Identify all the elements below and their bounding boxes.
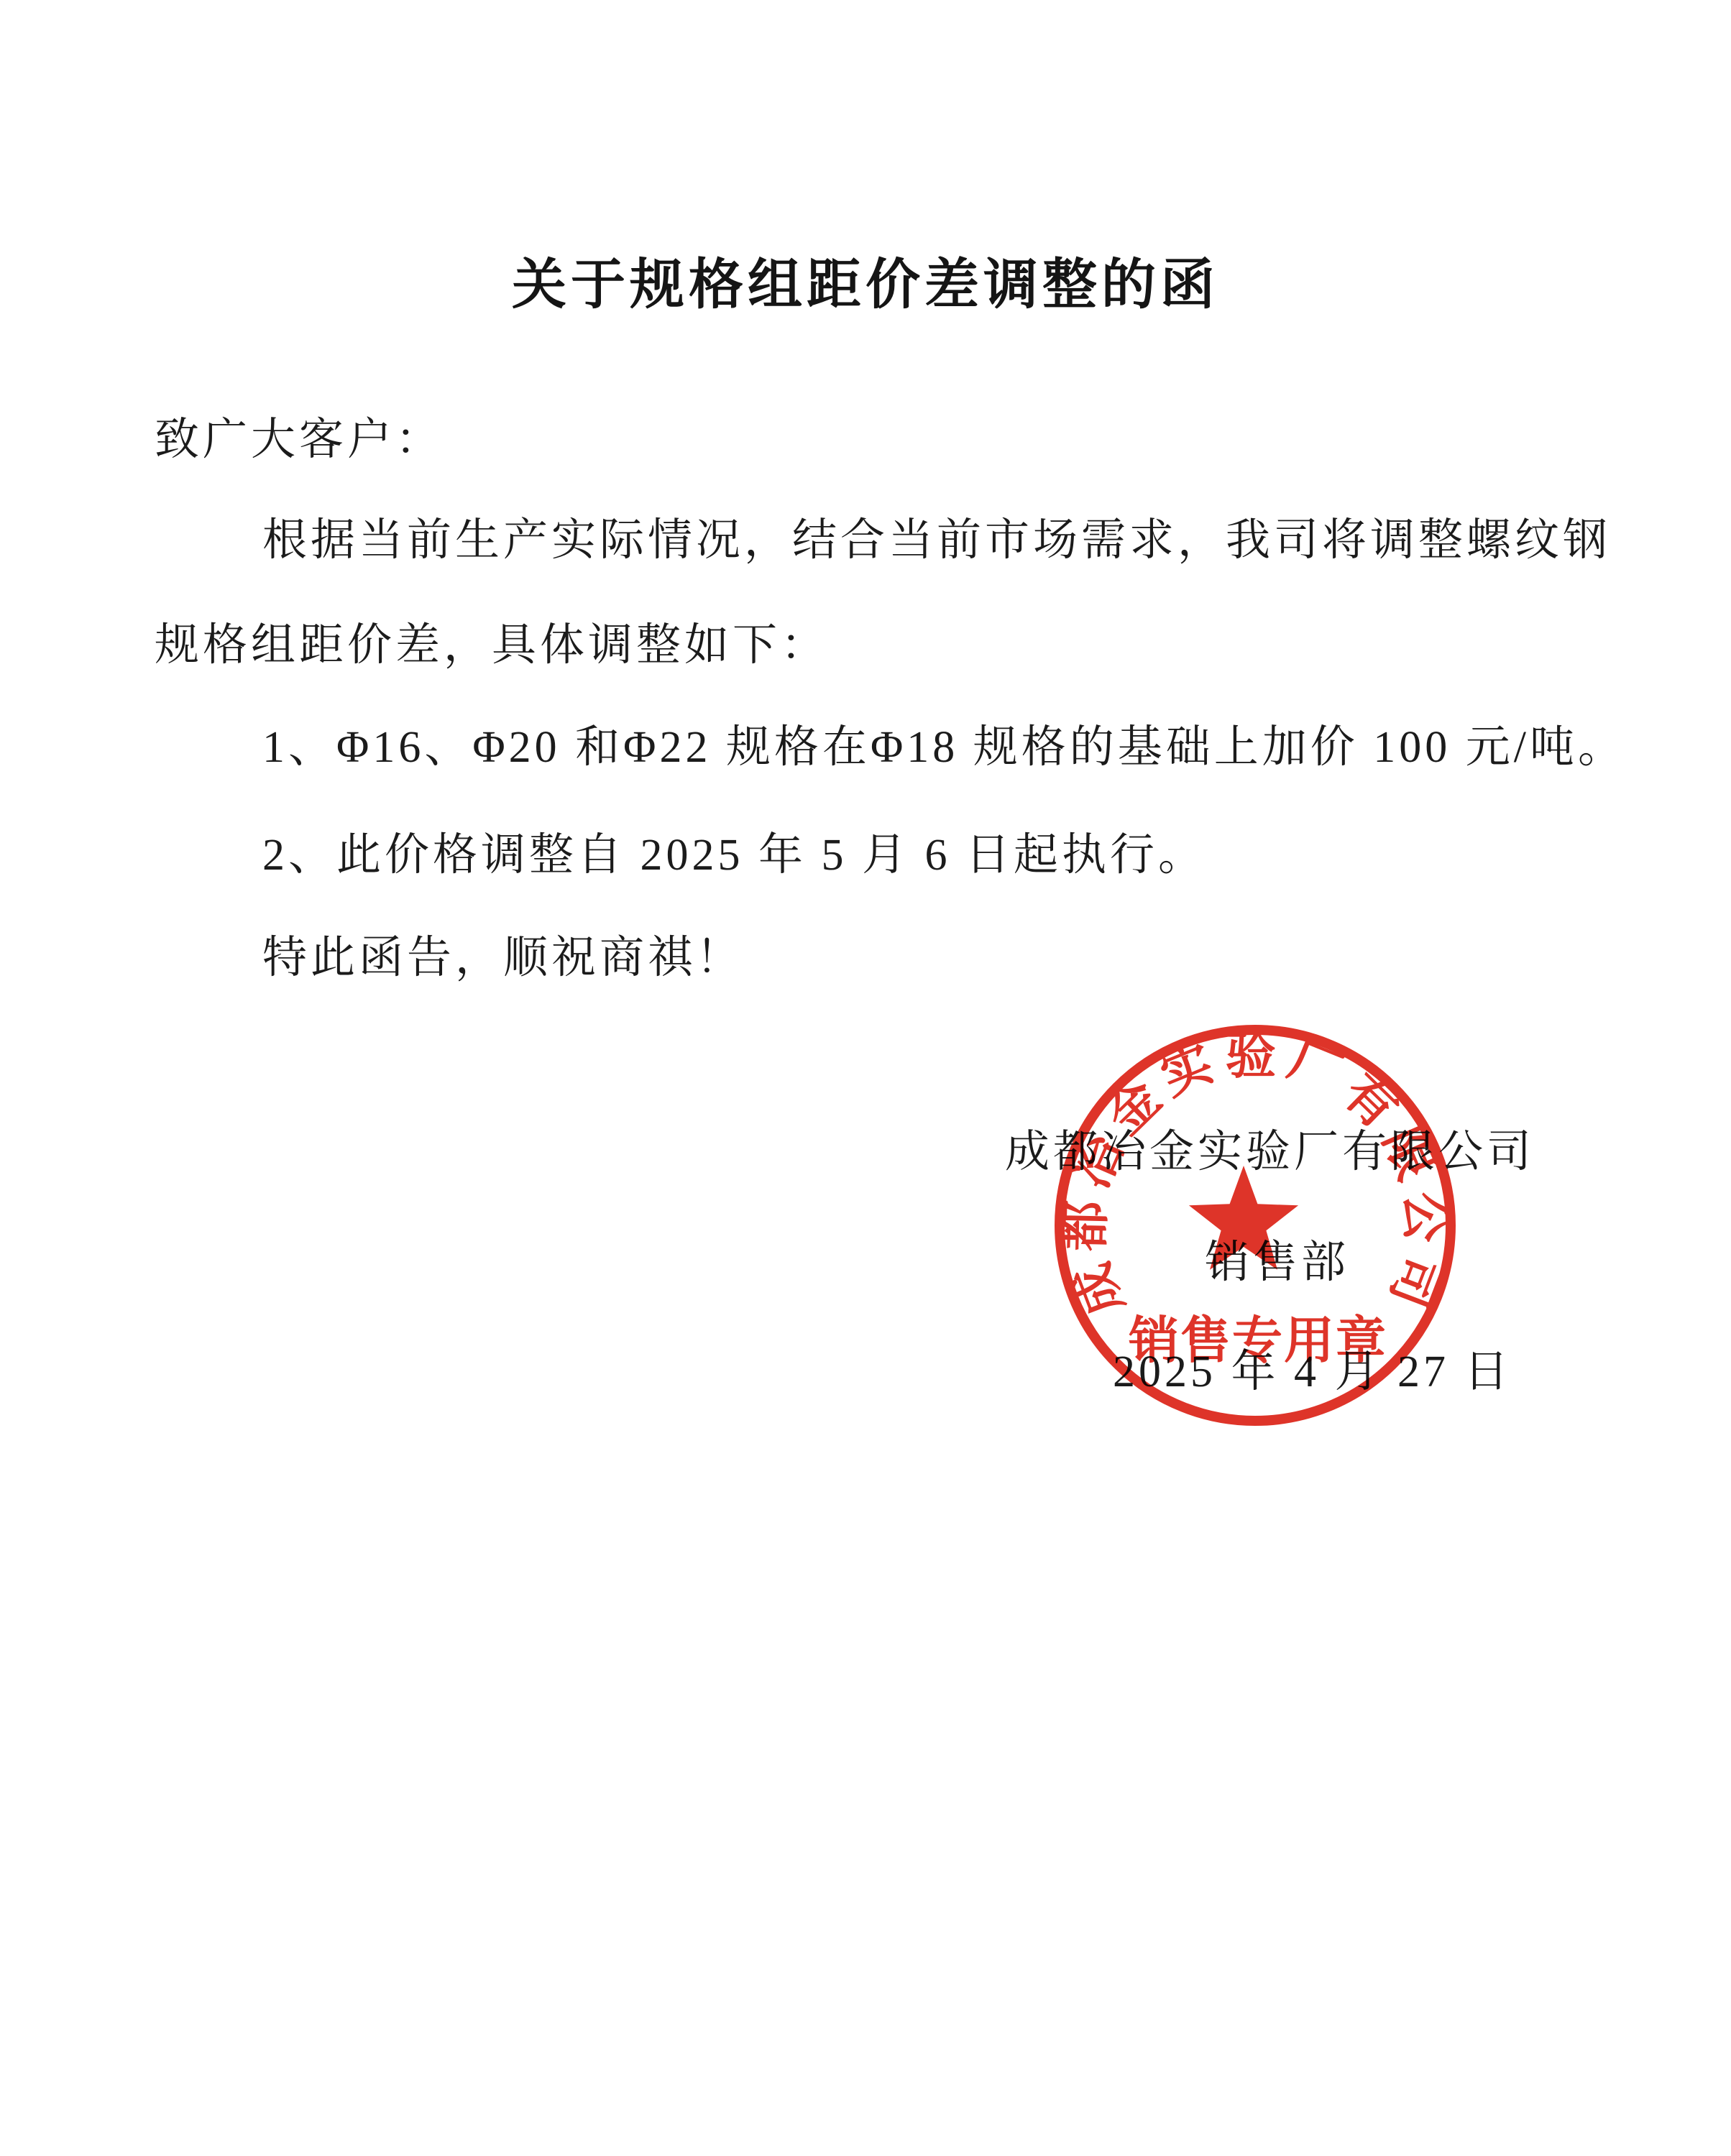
salutation-line: 致广大客户： bbox=[155, 403, 444, 467]
company-seal-stamp: 成都冶金实验厂有限公司 销售专用章 bbox=[1047, 1017, 1464, 1434]
star-icon bbox=[1189, 1166, 1298, 1270]
body-line-1: 根据当前生产实际情况，结合当前市场需求，我司将调整螺纹钢 bbox=[262, 504, 1611, 568]
closing-line: 特此函告，顺祝商祺！ bbox=[262, 921, 744, 985]
list-item-2: 2、此价格调整自 2025 年 5 月 6 日起执行。 bbox=[262, 819, 1206, 883]
body-line-2: 规格组距价差，具体调整如下： bbox=[155, 609, 829, 673]
letter-page: 关于规格组距价差调整的函 致广大客户： 根据当前生产实际情况，结合当前市场需求，… bbox=[0, 0, 1731, 2156]
list-item-1: 1、Φ16、Φ20 和Φ22 规格在Φ18 规格的基础上加价 100 元/吨。 bbox=[262, 711, 1626, 775]
letter-title: 关于规格组距价差调整的函 bbox=[0, 241, 1731, 319]
seal-arc-text: 成都冶金实验厂有限公司 bbox=[1058, 1028, 1452, 1322]
seal-bottom-text: 销售专用章 bbox=[1129, 1313, 1387, 1369]
